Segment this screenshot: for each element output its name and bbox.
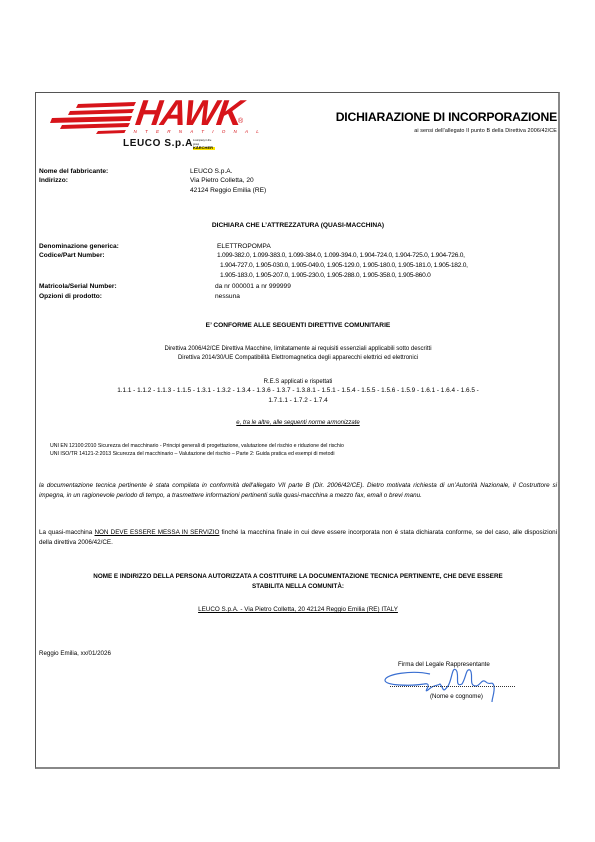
- directive-2: Direttiva 2014/30/UE Compatibilità Elett…: [36, 354, 560, 362]
- address-label: Indirizzo:: [39, 177, 68, 186]
- res-list-line-1: 1.1.1 - 1.1.2 - 1.1.3 - 1.1.5 - 1.3.1 - …: [36, 387, 560, 395]
- options-label: Opzioni di prodotto:: [39, 293, 102, 302]
- conformity-heading: E’ CONFORME ALLE SEGUENTI DIRETTIVE COMU…: [36, 322, 560, 331]
- serial-label: Matricola/Serial Number:: [39, 283, 117, 292]
- document-title: DICHIARAZIONE DI INCORPORAZIONE: [336, 110, 557, 124]
- service-paragraph: La quasi-macchina NON DEVE ESSERE MESSA …: [39, 528, 557, 548]
- document-subtitle: ai sensi dell'allegato II punto B della …: [414, 128, 557, 134]
- karcher-badge: A company in the group KÄRCHER: [193, 139, 215, 150]
- part-numbers-line-3: 1.905-183.0, 1.905-207.0, 1.905-230.0, 1…: [220, 272, 431, 281]
- part-numbers-line-2: 1.904-727.0, 1.905-030.0, 1.905-049.0, 1…: [220, 262, 468, 271]
- standard-2: UNI ISO/TR 14121-2:2013 Sicurezza del ma…: [50, 451, 335, 458]
- brand-subtitle: INTERNATIONAL: [124, 129, 267, 134]
- hawk-speed-stripes-icon: [48, 100, 138, 140]
- manufacturer-name-value: LEUCO S.p.A.: [190, 168, 233, 177]
- authorized-person-address: LEUCO S.p.A. - Via Pietro Colletta, 20 4…: [36, 606, 560, 614]
- directive-1: Direttiva 2006/42/CE Direttiva Macchine,…: [36, 345, 560, 353]
- hawk-leuco-logo: HAWK ® INTERNATIONAL LEUCO S.p.A. A comp…: [48, 96, 258, 152]
- signature-line: [390, 686, 515, 687]
- standards-heading: e, tra le altre, alle seguenti norme arm…: [36, 419, 560, 427]
- technical-documentation-paragraph: la documentazione tecnica pertinente è s…: [39, 481, 557, 501]
- serial-value: da nr 000001 a nr 999999: [215, 283, 291, 292]
- authorized-person-heading-line-1: NOME E INDIRIZZO DELLA PERSONA AUTORIZZA…: [36, 573, 560, 581]
- manufacturer-name-label: Nome del fabbricante:: [39, 168, 108, 177]
- address-line-1: Via Pietro Colletta, 20: [190, 177, 254, 186]
- generic-name-value: ELETTROPOMPA: [217, 243, 271, 252]
- generic-name-label: Denominazione generica:: [39, 243, 119, 252]
- options-value: nessuna: [215, 293, 240, 302]
- authorized-person-heading-line-2: STABILITA NELLA COMUNITÀ:: [36, 583, 560, 591]
- part-number-label: Codice/Part Number:: [39, 252, 105, 261]
- declares-heading: DICHIARA CHE L’ATTREZZATURA (QUASI-MACCH…: [36, 222, 560, 231]
- name-placeholder: (Nome e cognome): [430, 693, 483, 701]
- standard-1: UNI EN 12100:2010 Sicurezza del macchina…: [50, 443, 344, 450]
- res-list-line-2: 1.7.1.1 - 1.7.2 - 1.7.4: [36, 397, 560, 405]
- registered-mark: ®: [238, 118, 243, 125]
- company-name: LEUCO S.p.A.: [123, 138, 196, 149]
- service-paragraph-emphasis: NON DEVE ESSERE MESSA IN SERVIZIO: [94, 529, 219, 536]
- karcher-badge-line2: KÄRCHER: [193, 146, 215, 150]
- place-and-date: Reggio Emilia, xx/01/2026: [39, 650, 111, 658]
- address-line-2: 42124 Reggio Emilia (RE): [190, 187, 266, 196]
- service-paragraph-before: La quasi-macchina: [39, 529, 94, 536]
- res-heading: R.E.S applicati e rispettati: [36, 378, 560, 386]
- part-numbers-line-1: 1.099-382.0, 1.099-383.0, 1.099-384.0, 1…: [217, 252, 465, 261]
- brand-name: HAWK: [133, 94, 244, 132]
